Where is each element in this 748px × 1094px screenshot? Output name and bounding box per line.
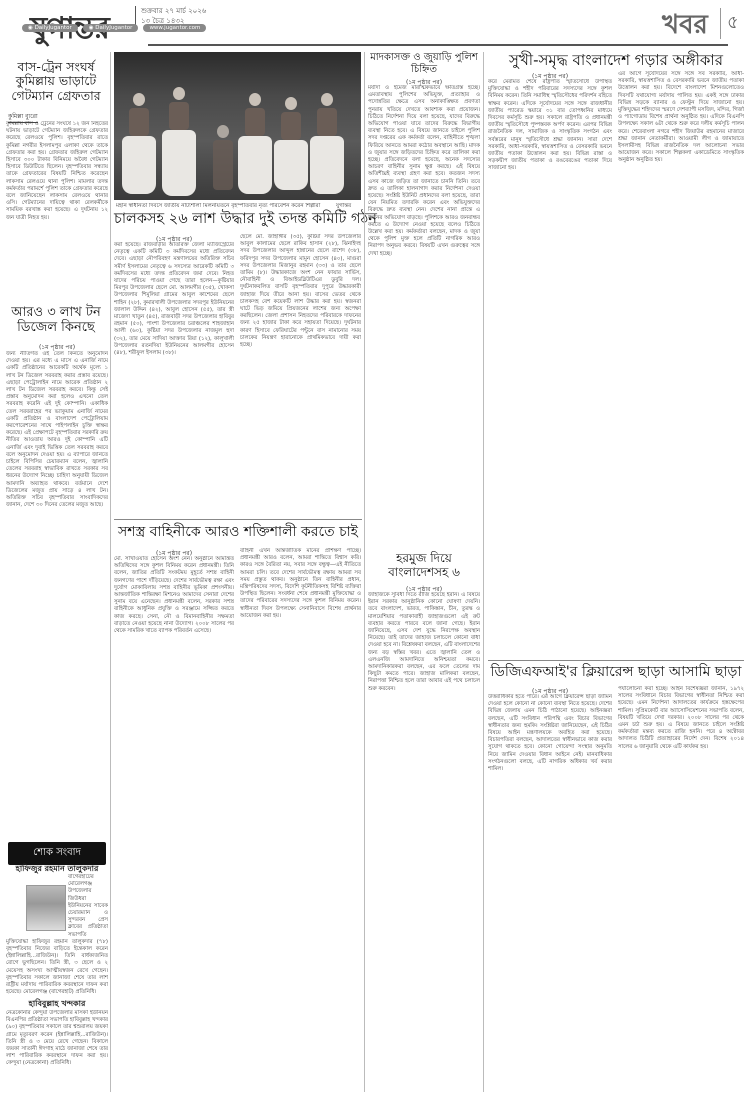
section-rule (488, 660, 744, 661)
twitter-link[interactable]: ◉ DailyJugantor (83, 24, 139, 32)
social-links: ◉ DailyJugantor ◉ DailyJugantor www.juga… (22, 24, 206, 32)
date-gregorian: শুক্রবার ২৭ মার্চ ২০২৬ (141, 6, 206, 16)
article-body-driver-left: করা হয়েছে। রাজবাড়ীর অতিরিক্ত জেলা ম্যা… (114, 242, 234, 516)
article-body-dgfi-right: পর্যালোচনা করা হচ্ছে। আইন বিশেষজ্ঞরা জান… (618, 686, 744, 1092)
photo-caption: মহান স্বাধীনতা দিবসে জাতীয় নাট্যশালা মি… (116, 203, 326, 211)
obituary-body-1: বাগেরহাটের মোরেলগঞ্জ উপজেলার জিউধরা ইউনি… (6, 874, 108, 996)
headline-bus-train: বাস-ট্রেন সংঘর্ষ কুমিল্লায় ভাড়াটে গেটম… (4, 60, 108, 103)
obituary-body-2: নেত্রকোনার কেন্দুয়া উপজেলার মাসকা ইউনিয… (6, 1010, 108, 1094)
article-body-armed-forces-right: বাহিনী এখন আন্তর্জাতিক মানের প্রশিক্ষণ প… (240, 548, 361, 1092)
article-body-harmuj: জাহাজকে সুবিধা দিতে রাজি হয়েছে ইরান। এ … (368, 592, 480, 1092)
headline-dgfi: ডিজিএফআই'র ক্লিয়ারেন্স ছাড়া আসামি ছাড়… (488, 664, 744, 680)
column-divider (110, 52, 111, 1092)
article-body-dgfi-left: উত্তরাধিকার হতে পারে। এর আগে ক্লিয়ারেন্… (488, 694, 612, 1092)
headline-drug-gambler: মাদকাসক্ত ও জুয়াড়ি পুলিশ চিহ্নিত (368, 52, 480, 75)
section-rule (114, 519, 362, 520)
article-body-diesel: জন্য নীতিগত ওই তেল কিনতে অনুমোদন দেওয়া … (6, 351, 108, 836)
column-divider (364, 52, 365, 1092)
section-title: খবর (662, 4, 708, 48)
publication-date: শুক্রবার ২৭ মার্চ ২০২৬ ১৩ চৈত্র ১৪৩২ (135, 6, 206, 26)
article-body-bus-train: কুমিল্লায় বাস ও ট্রেনের সংঘর্ষে ১২ জন ন… (6, 121, 108, 301)
website-link[interactable]: www.jugantor.com (143, 24, 206, 32)
article-body-prosperous-right: এর আগে সূর্যোদয়ের সঙ্গে সঙ্গে সব সরকারি… (618, 71, 744, 657)
headline-diesel: আরও ৩ লাখ টন ডিজেল কিনছে (4, 306, 108, 336)
headline-armed-forces: সশস্ত্র বাহিনীকে আরও শক্তিশালী করতে চাই (114, 524, 362, 540)
obituary-banner: শোক সংবাদ (8, 842, 106, 865)
facebook-link[interactable]: ◉ DailyJugantor (22, 24, 78, 32)
header-rule (148, 44, 728, 46)
headline-driver: চালকসহ ২৬ লাশ উদ্ধার দুই তদন্ত কমিটি গঠন (114, 211, 362, 228)
photo-credit: যুগান্তর (336, 203, 351, 211)
article-body-driver-right: ছেলে মো. জাহাঙ্গীর (৩৫), কুষ্টিয়া সদর উ… (240, 234, 361, 516)
headline-prosperous-bangladesh: সুখী-সমৃদ্ধ বাংলাদেশ গড়ার অঙ্গীকার (488, 52, 744, 69)
dance-photo (114, 52, 361, 200)
page-number: ৫ (720, 8, 739, 39)
article-body-prosperous-left: করে মেরামত শেষে রাষ্ট্রপতি স্মৃতিসৌধে উপ… (488, 79, 612, 657)
article-body-armed-forces-left: মো. সাখাওয়াত হোসেন অংশ নেন। অনুষ্ঠানে আ… (114, 556, 234, 1092)
headline-harmuj: হরমুজ দিয়ে বাংলাদেশসহ ৬ (368, 552, 480, 580)
column-divider (483, 52, 484, 1092)
article-body-drug-gambler: মর্যাদা ও ইমেজ মারাত্মকভাবে ক্ষতিগ্রস্ত … (368, 85, 480, 547)
